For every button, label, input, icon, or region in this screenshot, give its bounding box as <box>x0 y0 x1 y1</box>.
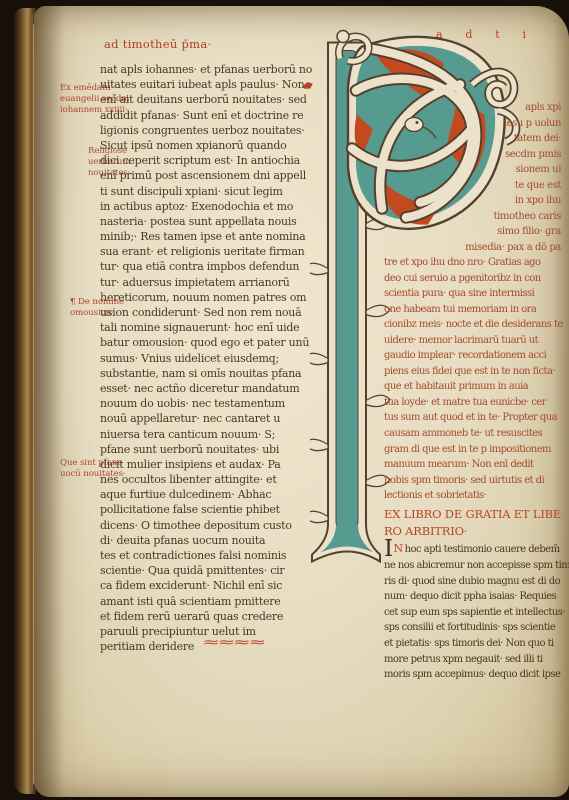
red-text-line: te que est <box>414 178 561 194</box>
dark-text-first-line: INhoc apti testimonio cauere debem̄ <box>384 542 569 555</box>
manuscript-text-line: dici ceperit scriptum est· In antiochia <box>100 153 340 168</box>
manuscript-text-line: hereticorum, nouum nomen patres om <box>100 290 340 305</box>
manuscript-text-line: ligionis congruentes uerboz nouitates· <box>100 123 340 138</box>
red-text-line: piens eius fidei que est in te non ficta… <box>384 364 569 380</box>
red-text-line: manuum mearum· Non enī dedit <box>384 457 569 473</box>
manuscript-text-line: scientie· Qua quidā pmittentes· cir <box>100 563 340 578</box>
manuscript-text-line: nat apls iohannes· et pfanas uerborū no <box>100 62 340 77</box>
manuscript-text-line: usion condiderunt· Sed non rem nouā <box>100 305 340 320</box>
dark-first-line-text: hoc apti testimonio cauere debem̄ <box>405 544 560 555</box>
manuscript-text-line: esset· nec actño diceretur mandatum <box>100 381 340 396</box>
red-text-line: secdm pmis <box>414 147 561 163</box>
red-text-line: misedia· pax a dō pa <box>414 240 561 256</box>
red-text-line: nobis spm timoris· sed uirtutis et di <box>384 473 569 489</box>
right-column-red-text: tre et xpo ihu dno nro· Gratias agodeo c… <box>384 255 569 504</box>
red-text-line: tatem dei· <box>414 131 561 147</box>
dark-text-line: sps consilii et fortitudinis· sps scient… <box>384 620 569 636</box>
manuscript-text-line: di· deuita pfanas uocum nouita <box>100 533 340 548</box>
manuscript-text-line: nouū appellaretur· nec cantaret u <box>100 411 340 426</box>
red-text-line: iesu p uolun <box>414 116 561 132</box>
manuscript-text-line: pfane sunt uerborū nouitates· ubi <box>100 442 340 457</box>
manuscript-text-line: ca fidem exciderunt· Nichil enī sic <box>100 578 340 593</box>
dark-text-line: more petrus xpm negauit· sed illi ti <box>384 652 569 668</box>
red-initial-n: N <box>394 542 403 555</box>
manuscript-text-line: tali nomine signauerunt· hoc enī uide <box>100 320 340 335</box>
manuscript-text-line: nes occultos libenter attingite· et <box>100 472 340 487</box>
manuscript-text-line: niuersa tera canticum nouum· S; <box>100 427 340 442</box>
manuscript-page: ad timotheū p̄ma· adti Ex emēdatueuangel… <box>34 6 569 797</box>
red-text-line: cionibz meis· nocte et die desiderans te <box>384 317 569 333</box>
red-text-line: tua loyde· et matre tua eunicbe· cer <box>384 395 569 411</box>
red-text-line: in xpo ihu <box>414 193 561 209</box>
red-text-line: causam ammoneb te· ut resuscites <box>384 426 569 442</box>
manuscript-text-line: substantie, nam si omīs nouitas pfana <box>100 366 340 381</box>
red-text-line: lectionis et sobrietatis· <box>384 488 569 504</box>
manuscript-text-line: tes et contradictiones falsi nominis <box>100 548 340 563</box>
manuscript-text-line: ti sunt discipuli xpiani· sicut legim <box>100 184 340 199</box>
manuscript-text-line: enī ait deuitans uerborū nouitates· sed <box>100 92 340 107</box>
manuscript-text-line: sumus· Vnius uidelicet eiusdemq; <box>100 351 340 366</box>
rubric-line: RO ARBITRIO· <box>384 523 569 540</box>
manuscript-text-line: nouum do uobis· nec testamentum <box>100 396 340 411</box>
red-text-line: tus sum aut quod et in te· Propter qua <box>384 410 569 426</box>
manuscript-text-line: minib;· Res tamen ipse et ante nomina <box>100 229 340 244</box>
dark-text-line: num· dequo dicit ppha isaias· Requies <box>384 589 569 605</box>
rubric-heading: EX LIBRO DE GRATIA ET LIBERO ARBITRIO· <box>384 506 569 539</box>
manuscript-text-line: pollicitatione false scientie phibet <box>100 502 340 517</box>
manuscript-text-line: et fidem rerū uerarū quas credere <box>100 609 340 624</box>
manuscript-text-line: dicens· O timothee depositum custo <box>100 518 340 533</box>
red-text-line: one habeam tui memoriam in ora <box>384 302 569 318</box>
red-text-line: apls xpi <box>414 100 561 116</box>
red-text-line: gaudio implear· recordationem acci <box>384 348 569 364</box>
manuscript-text-line: tur· aduersus impietatem arrianorū <box>100 275 340 290</box>
dark-text-line: ris di· quod sine dubio magnu est di do <box>384 574 569 590</box>
manuscript-text-line: nasteria· postea sunt appellata nouis <box>100 214 340 229</box>
red-text-line: tre et xpo ihu dno nro· Gratias ago <box>384 255 569 271</box>
dark-text-line: et pietatis· sps timoris dei· Non quo ti <box>384 636 569 652</box>
dark-text-line: ne nos abicremur non accepisse spm timo <box>384 558 569 574</box>
right-column-dark-text: ne nos abicremur non accepisse spm timor… <box>384 558 569 683</box>
header-letter: i <box>522 28 526 41</box>
running-header-title: ad timotheū p̄ma· <box>104 37 211 51</box>
manuscript-text-line: uitates euitari iubeat apls paulus· Non <box>100 77 340 92</box>
right-column-opening-red: apls xpiiesu p uoluntatem dei·secdm pmis… <box>414 100 561 255</box>
line-filler-flourish: ≈≈≈≈ <box>202 635 264 649</box>
dark-text-line: moris spm accepimus· dequo dicit ipse <box>384 667 569 683</box>
rubric-line: EX LIBRO DE GRATIA ET LIBE <box>384 506 569 523</box>
red-text-line: uidere· memor lacrimarū tuarū ut <box>384 333 569 349</box>
red-text-line: gram di que est in te p impositionem <box>384 442 569 458</box>
left-text-column: nat apls iohannes· et pfanas uerborū nou… <box>100 62 340 654</box>
red-text-line: scientia pura· qua sine intermissi <box>384 286 569 302</box>
manuscript-text-line: in actibus aptoz· Exenodochia et mo <box>100 199 340 214</box>
manuscript-text-line: amant isti quā scientiam pmittere <box>100 594 340 609</box>
gutter-shadow <box>34 6 64 797</box>
red-text-line: deo cui seruio a pgenitoribz in con <box>384 271 569 287</box>
manuscript-text-line: addidit pfanas· Sunt enī et doctrine re <box>100 108 340 123</box>
red-text-line: que et habitauit primum in auia <box>384 379 569 395</box>
red-text-line: sionem ui <box>414 162 561 178</box>
manuscript-text-line: enī primū post ascensionem dni appell <box>100 168 340 183</box>
red-text-line: timotheo caris <box>414 209 561 225</box>
manuscript-text-line: dicit mulier insipiens et audax· Pa <box>100 457 340 472</box>
dark-text-line: cet sup eum sps sapientie et intellectus… <box>384 605 569 621</box>
manuscript-text-line: batur omousion· quod ego et pater unū <box>100 335 340 350</box>
manuscript-text-line: tur· qua etiā contra impbos defendun <box>100 259 340 274</box>
manuscript-text-line: Sicut ipsū nomen xpianorū quando <box>100 138 340 153</box>
manuscript-text-line: sua erant· et religionis ueritate firman <box>100 244 340 259</box>
red-text-line: simo filio· gra <box>414 224 561 240</box>
manuscript-text-line: aque furtiue dulcedinem· Abhac <box>100 487 340 502</box>
